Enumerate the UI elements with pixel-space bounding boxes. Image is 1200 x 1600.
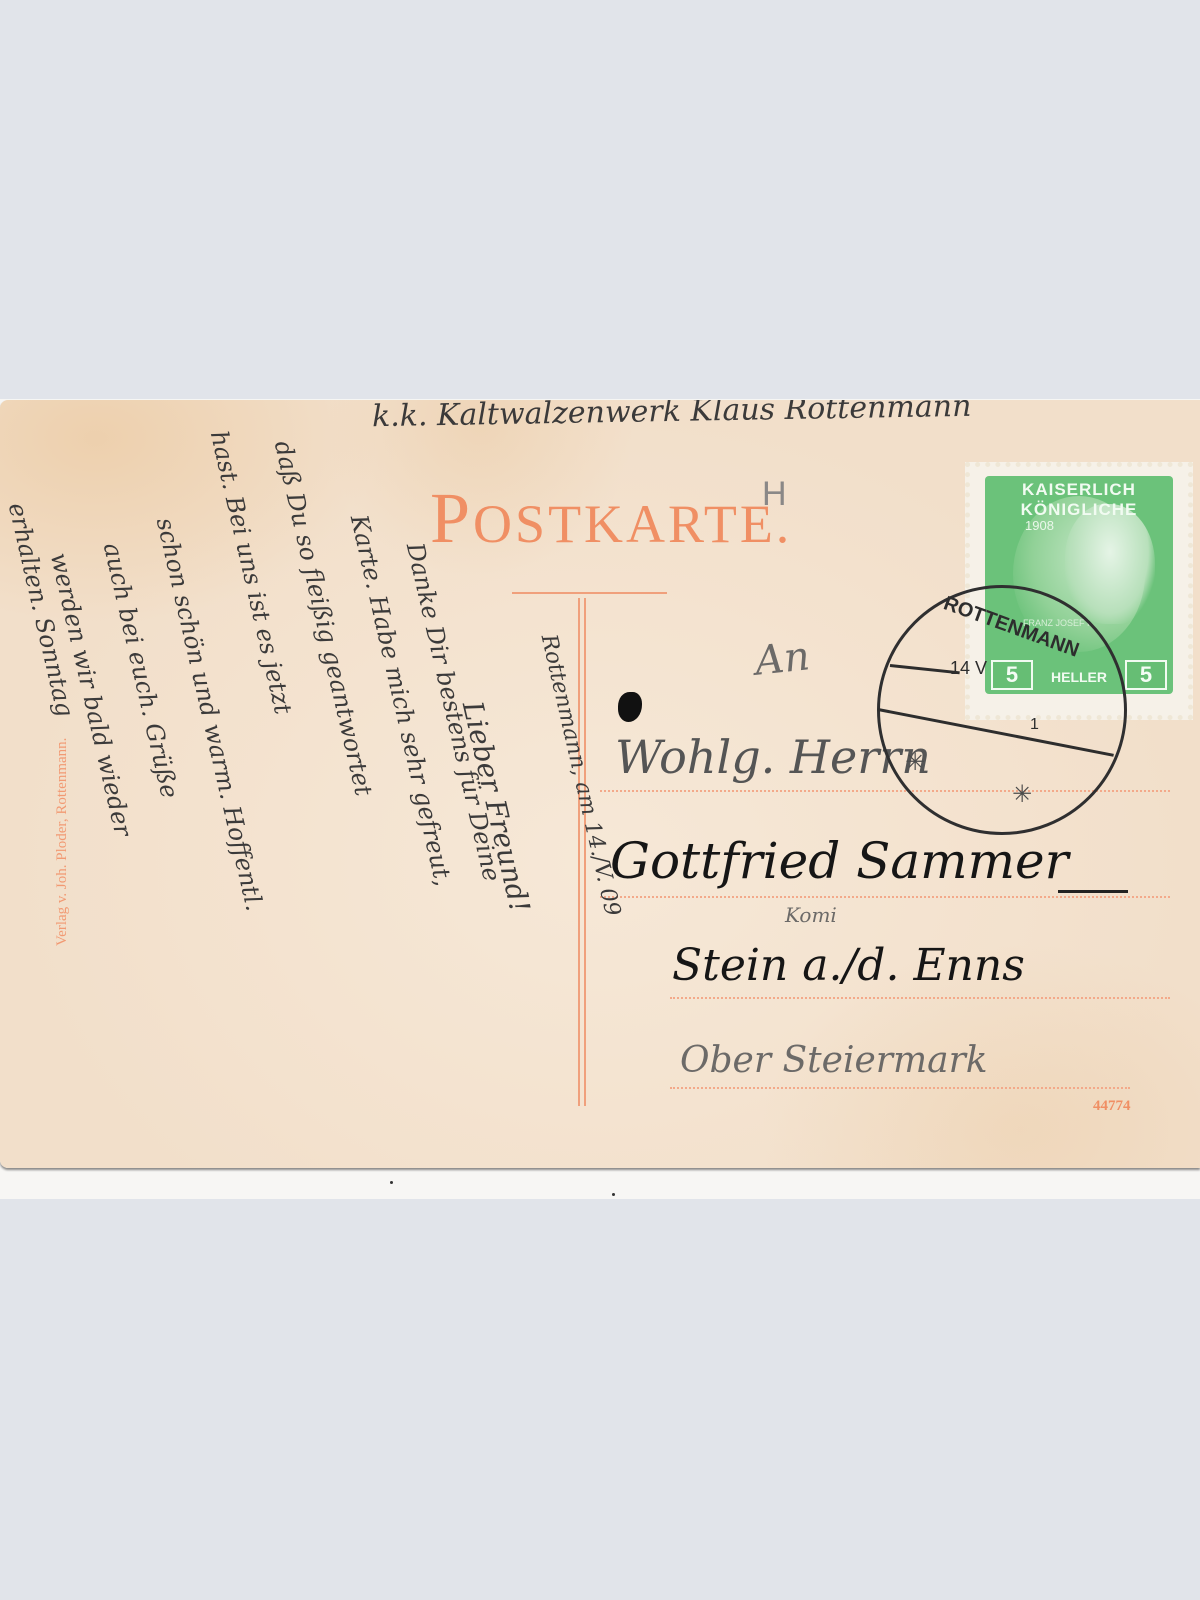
publisher-imprint: Verlag v. Joh. Ploder, Rottenmann. bbox=[54, 738, 71, 946]
heading-rest: OSTKARTE. bbox=[473, 494, 792, 554]
message-date-line: Rottenmann, am 14./V. 09 bbox=[536, 632, 625, 919]
address-line3-text: Stein a./d. Enns bbox=[672, 940, 1025, 991]
address-line-4 bbox=[670, 1087, 1130, 1089]
postmark-date: 14 V bbox=[950, 658, 987, 679]
emperor-portrait bbox=[1065, 504, 1155, 624]
stamp-year: 1908 bbox=[1025, 518, 1054, 533]
divider-top-rule bbox=[512, 592, 667, 594]
pencil-mark: H bbox=[762, 475, 787, 514]
postmark-town: ROTTENMANN bbox=[940, 592, 1082, 662]
postmark-star-icon: ✳ bbox=[905, 748, 925, 776]
heading-initial: P bbox=[430, 478, 473, 558]
dust-speck bbox=[612, 1193, 615, 1196]
postmark-hour: 1 bbox=[1030, 716, 1039, 734]
postmark-star-icon: ✳ bbox=[1012, 780, 1032, 808]
address-salutation: An bbox=[753, 633, 812, 684]
sender-handwriting: k.k. Kaltwalzenwerk Klaus Rottenmann bbox=[372, 400, 972, 434]
address-line4-text: Ober Steiermark bbox=[680, 1040, 988, 1081]
serial-number: 44774 bbox=[1093, 1098, 1131, 1115]
message-line: daß Du so fleißig geantwortet bbox=[269, 438, 378, 799]
address-line2-text: Gottfried Sammer bbox=[610, 832, 1069, 890]
ink-blot bbox=[618, 692, 642, 722]
address-line-2 bbox=[600, 896, 1170, 898]
postkarte-heading: POSTKARTE. bbox=[430, 477, 792, 560]
address-line2-note: Komi bbox=[785, 903, 837, 927]
underline-mark bbox=[1058, 890, 1128, 893]
divider-vertical-rule-1 bbox=[578, 598, 580, 1106]
stamp-top-text: KAISERLICH KÖNIGLICHE bbox=[985, 480, 1173, 520]
stamp-value-right: 5 bbox=[1125, 660, 1167, 690]
postcard: k.k. Kaltwalzenwerk Klaus Rottenmann POS… bbox=[0, 400, 1200, 1168]
address-line-3 bbox=[670, 997, 1170, 999]
dust-speck bbox=[390, 1181, 393, 1184]
postmark-circle: ROTTENMANN 14 V 1 ✳ ✳ bbox=[877, 585, 1127, 835]
